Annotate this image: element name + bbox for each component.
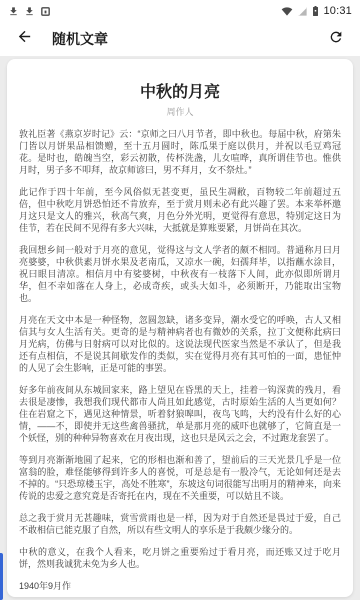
status-bar-left (8, 6, 51, 17)
refresh-icon (328, 29, 344, 50)
download-icon (8, 6, 19, 17)
article-paragraph: 月亮在天文中本是一种怪物，忽圆忽缺，诸多变异，潮水受它的呼唤，古人又相信其与女人… (19, 314, 341, 374)
download-icon (24, 6, 35, 17)
battery-icon (312, 5, 319, 17)
article-body: 敦礼臣著《燕京岁时记》云：“京师之曰八月节者，即中秋也。每届中秋，府第朱门皆以月… (19, 128, 341, 592)
notification-square-icon (40, 6, 51, 17)
refresh-button[interactable] (326, 29, 346, 49)
no-signal-icon (297, 6, 308, 17)
article-paragraph: 我回想乡间一般对于月亮的意见，觉得这与文人学者的颇不相同。普通称月曰月亮婆婆，中… (19, 244, 341, 304)
article-paragraph: 1940年9月作 (19, 580, 341, 592)
status-bar: 10:31 (0, 0, 360, 22)
wifi-icon (281, 6, 293, 17)
article-paragraph: 敦礼臣著《燕京岁时记》云：“京师之曰八月节者，即中秋也。每届中秋，府第朱门皆以月… (19, 128, 341, 176)
article-title: 中秋的月亮 (19, 79, 341, 102)
article-paragraph: 总之我于赏月无甚趣味，赏雪赏雨也是一样，因为对于自然还是畏过于爱，自己不敢相信已… (19, 512, 341, 536)
page-title: 随机文章 (52, 29, 108, 49)
article-card: 中秋的月亮 周作人 敦礼臣著《燕京岁时记》云：“京师之曰八月节者，即中秋也。每届… (7, 59, 353, 597)
back-button[interactable] (14, 29, 34, 49)
app-bar: 随机文章 (0, 22, 360, 56)
scrollbar[interactable] (0, 553, 3, 600)
article-author: 周作人 (19, 105, 341, 118)
article-paragraph: 好多年前夜间从东城回家来，路上望见在昏黑的天上，挂着一钩深黄的残月，看去很是凄惨… (19, 384, 341, 444)
article-paragraph: 等到月亮渐渐地圆了起来，它的形相也渐和善了，望前后的三天光景几乎是一位富翁的脸，… (19, 454, 341, 502)
status-bar-right: 10:31 (281, 5, 352, 17)
article-paragraph: 中秋的意义，在我个人看来，吃月饼之重要殆过于看月亮，而还账又过于吃月饼，然则我诚… (19, 546, 341, 570)
article-paragraph: 此记作于四十年前，至今风俗似无甚变更，虽民生凋敝，百物较二年前超过五倍，但中秋吃… (19, 186, 341, 234)
status-time: 10:31 (323, 5, 352, 17)
back-arrow-icon (16, 28, 33, 50)
